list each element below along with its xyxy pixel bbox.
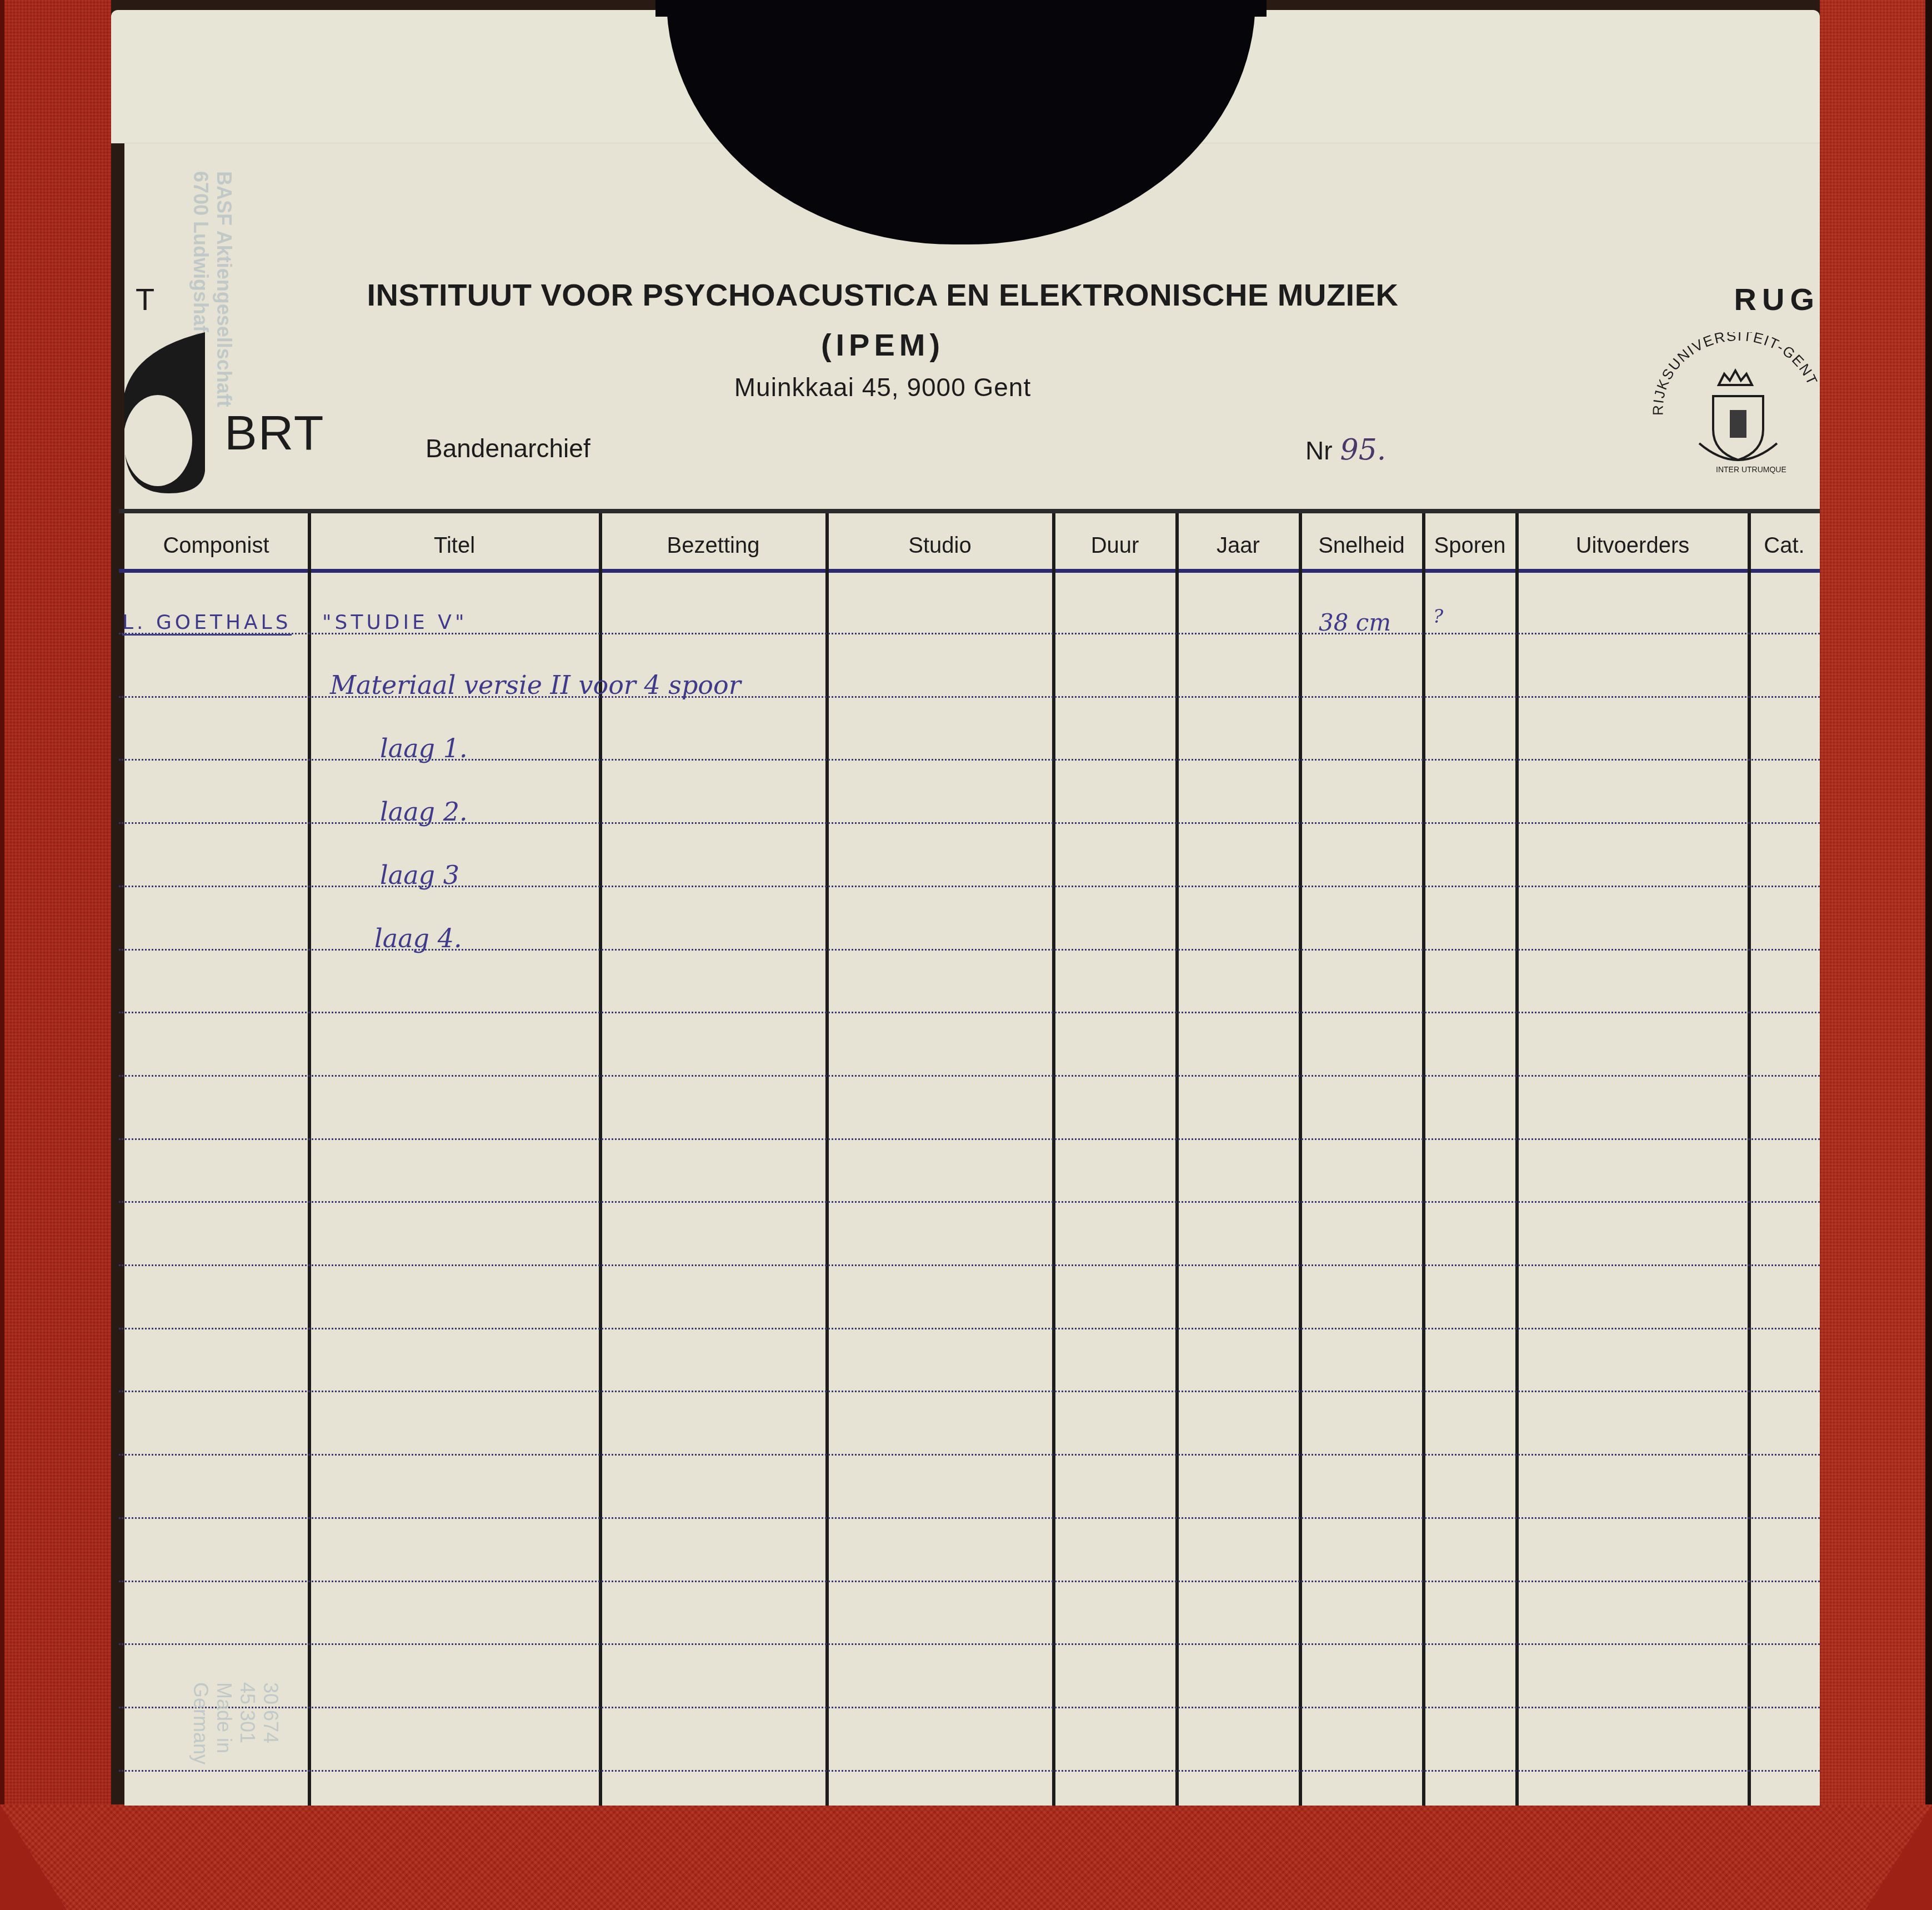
col-header-titel: Titel bbox=[309, 533, 600, 558]
col-header-uitvoerders: Uitvoerders bbox=[1516, 533, 1749, 558]
archive-number-value: 95. bbox=[1340, 433, 1387, 467]
table-row bbox=[119, 822, 1820, 824]
col-header-sporen: Sporen bbox=[1423, 533, 1516, 558]
svg-text:INTER UTRUMQUE: INTER UTRUMQUE bbox=[1716, 465, 1786, 474]
table-row bbox=[119, 759, 1820, 761]
table-row bbox=[119, 1770, 1820, 1772]
column-divider bbox=[1299, 513, 1302, 1806]
table-row bbox=[119, 1643, 1820, 1645]
brt-wordmark: BRT bbox=[224, 404, 324, 461]
university-crest-icon: RIJKSUNIVERSITEIT-GENT INTER UTRUMQUE bbox=[1646, 332, 1820, 488]
manufacturer-codes: 30 674 45 301 Made in Germany bbox=[189, 1682, 282, 1806]
entry-componist[interactable]: L. GOETHALS bbox=[122, 611, 292, 636]
header-bottom-rule bbox=[119, 569, 1820, 573]
binding-right bbox=[1820, 0, 1932, 1910]
col-header-duur: Duur bbox=[1053, 533, 1177, 558]
column-divider bbox=[825, 513, 829, 1806]
table-row bbox=[119, 1012, 1820, 1013]
entry-titel-line3[interactable]: laag 1. bbox=[380, 733, 468, 763]
binding-bottom bbox=[0, 1804, 1932, 1910]
table-row bbox=[119, 1454, 1820, 1456]
entry-titel-line5[interactable]: laag 3 bbox=[380, 860, 459, 890]
entry-titel-line2[interactable]: Materiaal versie II voor 4 spoor bbox=[330, 670, 741, 700]
table-row bbox=[119, 1328, 1820, 1329]
university-abbreviation: RUG bbox=[1734, 281, 1820, 317]
col-header-bezetting: Bezetting bbox=[600, 533, 827, 558]
archive-label-sheet: BASF Aktiengesellschaft 6700 Ludwigshafe… bbox=[124, 143, 1820, 1806]
entry-titel-line4[interactable]: laag 2. bbox=[380, 797, 468, 827]
table-row bbox=[119, 1517, 1820, 1519]
table-row bbox=[119, 1391, 1820, 1392]
column-divider bbox=[1422, 513, 1425, 1806]
institute-abbreviation: (IPEM) bbox=[124, 327, 1641, 363]
column-divider bbox=[1515, 513, 1519, 1806]
archive-number: Nr95. bbox=[1305, 433, 1386, 467]
header-top-rule bbox=[119, 509, 1820, 513]
table-row bbox=[119, 1138, 1820, 1140]
entry-snelheid[interactable]: 38 cm bbox=[1319, 609, 1391, 636]
col-header-jaar: Jaar bbox=[1177, 533, 1300, 558]
table-row bbox=[119, 1075, 1820, 1077]
entry-sporen[interactable]: ? bbox=[1433, 606, 1443, 628]
table-row bbox=[119, 1581, 1820, 1582]
column-divider bbox=[1175, 513, 1179, 1806]
institute-address: Muinkkaai 45, 9000 Gent bbox=[124, 372, 1641, 402]
column-divider bbox=[308, 513, 311, 1806]
col-header-componist: Componist bbox=[124, 533, 308, 558]
archive-label: Bandenarchief bbox=[426, 433, 590, 463]
col-header-snelheid: Snelheid bbox=[1300, 533, 1423, 558]
table-row bbox=[119, 886, 1820, 887]
entry-titel[interactable]: "STUDIE V" bbox=[322, 611, 467, 634]
column-divider bbox=[1748, 513, 1751, 1806]
entry-titel-line6[interactable]: laag 4. bbox=[374, 923, 462, 953]
col-header-cat: Cat. bbox=[1749, 533, 1820, 558]
table-header-row: Componist Titel Bezetting Studio Duur Ja… bbox=[124, 513, 1820, 569]
tape-box-sleeve: BASF Aktiengesellschaft 6700 Ludwigshafe… bbox=[0, 0, 1932, 1910]
institute-title: INSTITUUT VOOR PSYCHOACUSTICA EN ELEKTRO… bbox=[124, 277, 1641, 313]
column-divider bbox=[599, 513, 602, 1806]
table-row bbox=[119, 1707, 1820, 1708]
binding-left bbox=[0, 0, 111, 1910]
table-row bbox=[119, 1201, 1820, 1203]
col-header-studio: Studio bbox=[827, 533, 1053, 558]
table-row bbox=[119, 1264, 1820, 1266]
column-divider bbox=[1052, 513, 1055, 1806]
